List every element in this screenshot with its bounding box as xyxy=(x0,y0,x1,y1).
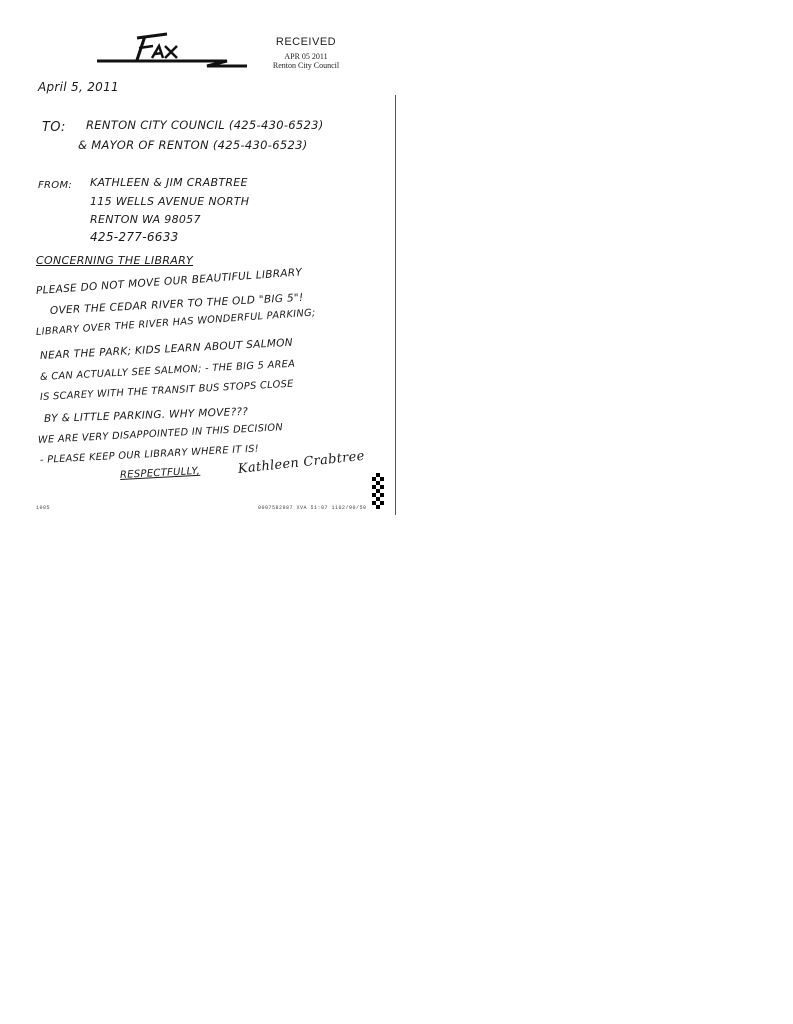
body-line: by & little parking. Why move??? xyxy=(44,406,249,425)
stamp-date: APR 05 2011 xyxy=(266,52,346,61)
from-phone: 425-277-6633 xyxy=(90,230,179,244)
body-line: near the park; kids learn about salmon xyxy=(40,337,294,362)
fax-checker-mark xyxy=(372,473,384,509)
body-line: Please do NOT move our beautiful library xyxy=(36,266,303,297)
footer-right-code: 0007582987 XVA 51:07 1102/90/50 xyxy=(258,505,367,511)
page-edge-line xyxy=(395,95,396,515)
fax-handwritten-mark xyxy=(97,30,247,70)
from-name: Kathleen & Jim Crabtree xyxy=(90,176,248,189)
to-line-1: Renton City Council (425-430-6523) xyxy=(86,118,324,132)
from-address-1: 115 Wells Avenue North xyxy=(90,195,249,208)
body-line: is scarey with the transit bus stops clo… xyxy=(40,379,294,403)
body-line: & can actually see salmon; - The Big 5 a… xyxy=(40,359,296,383)
from-label: From: xyxy=(38,180,72,191)
letter-date: April 5, 2011 xyxy=(38,80,119,94)
stamp-org: Renton City Council xyxy=(266,61,346,70)
body-line: We are very disappointed in this decisio… xyxy=(38,422,284,446)
to-label: To: xyxy=(42,120,66,135)
to-line-2: & Mayor of Renton (425-430-6523) xyxy=(78,138,308,152)
stamp-title: RECEIVED xyxy=(266,36,346,48)
subject-line: Concerning the Library xyxy=(36,254,193,267)
from-address-2: Renton WA 98057 xyxy=(90,213,201,226)
closing: Respectfully, xyxy=(120,466,201,481)
received-stamp: RECEIVED APR 05 2011 Renton City Council xyxy=(266,36,346,70)
body-line: - Please keep our library where it is! xyxy=(40,444,260,466)
footer-left-code: 1005 xyxy=(36,505,50,511)
